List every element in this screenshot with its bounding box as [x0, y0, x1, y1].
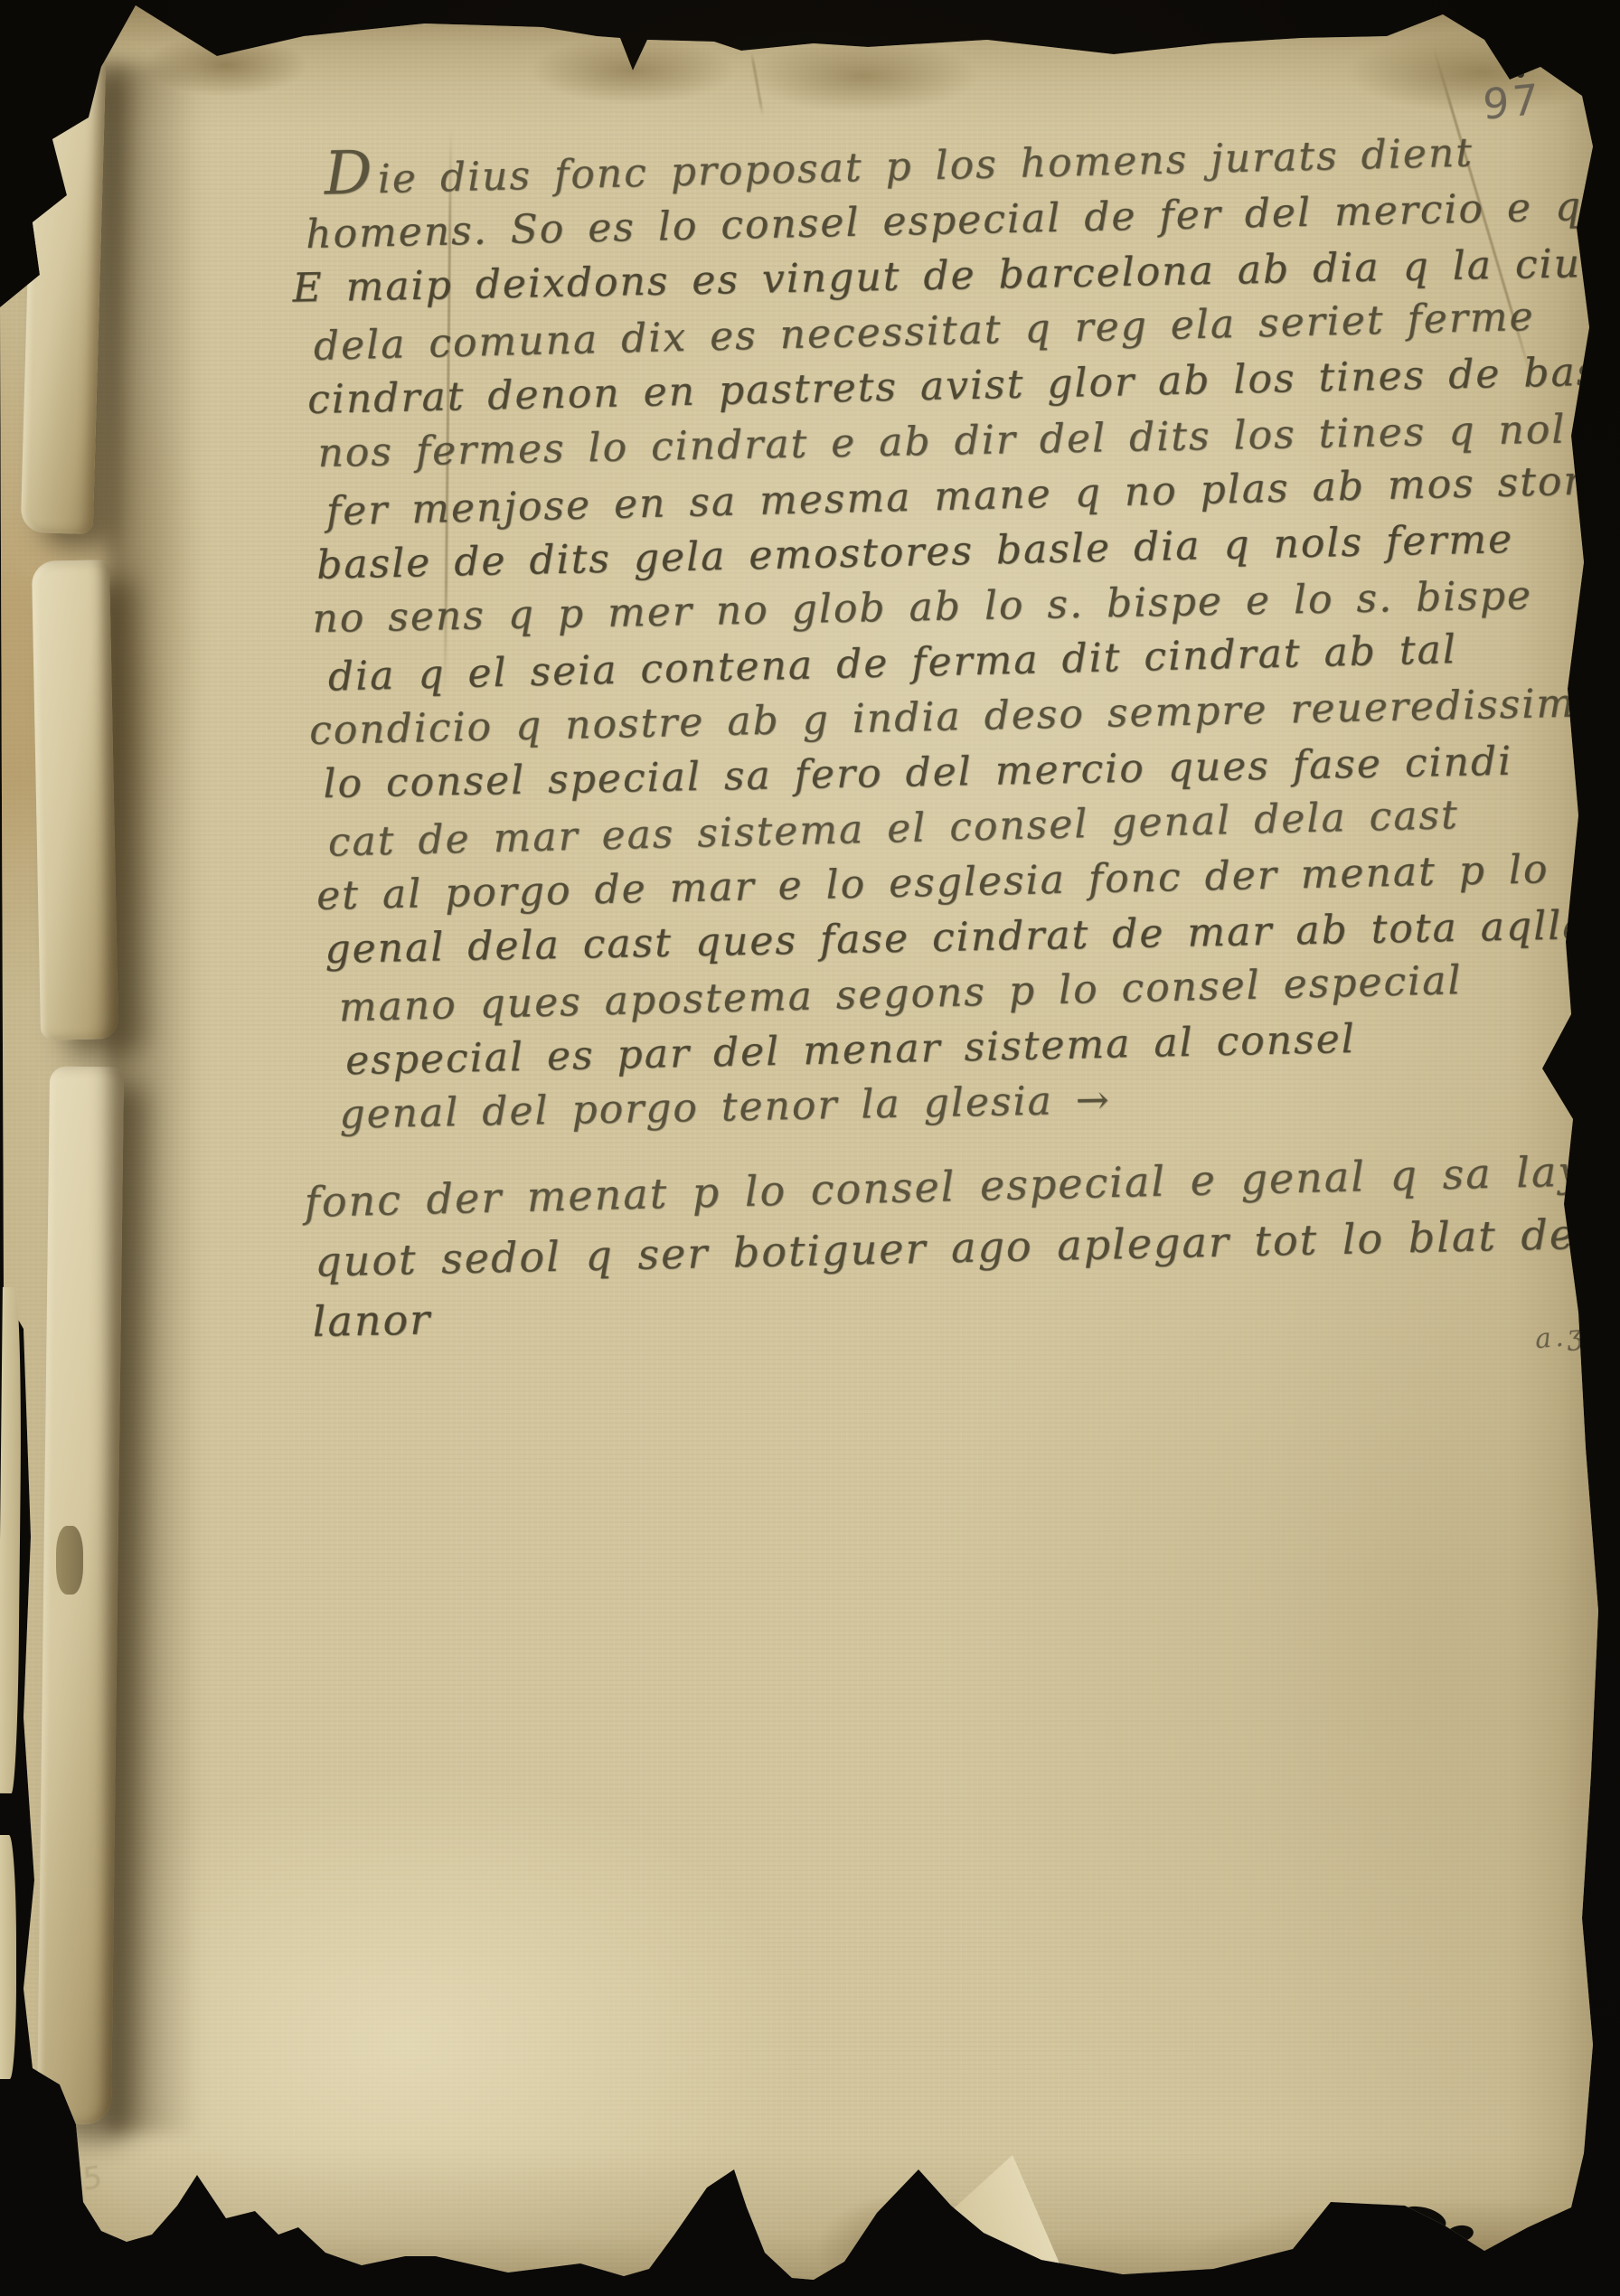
- torn-edge-shading-top: [0, 0, 1620, 136]
- binding-stub-tear: [56, 1526, 83, 1595]
- loose-paper-sliver: [0, 1287, 23, 1793]
- manuscript-paragraph-2: fonc der menat p lo consel especial e ge…: [304, 1142, 1600, 1354]
- binding-shadow: [107, 63, 215, 2133]
- loose-paper-sliver: [0, 1835, 16, 2079]
- manuscript-paragraph-1: Die dius fonc proposat p los homens jura…: [309, 117, 1620, 1144]
- binding-stub-top: [21, 53, 107, 534]
- scribal-mark: a.ʒ: [1534, 1320, 1587, 1356]
- photo-backdrop: 97 Die dius fonc proposat p los homens j…: [0, 0, 1620, 2296]
- edge-shading-bottom: [0, 2142, 1620, 2296]
- binding-stub-middle: [32, 560, 118, 1040]
- faint-page-number: 95: [62, 2160, 103, 2202]
- manuscript-page: 97 Die dius fonc proposat p los homens j…: [0, 0, 1620, 2296]
- ink-dot: [1502, 58, 1511, 66]
